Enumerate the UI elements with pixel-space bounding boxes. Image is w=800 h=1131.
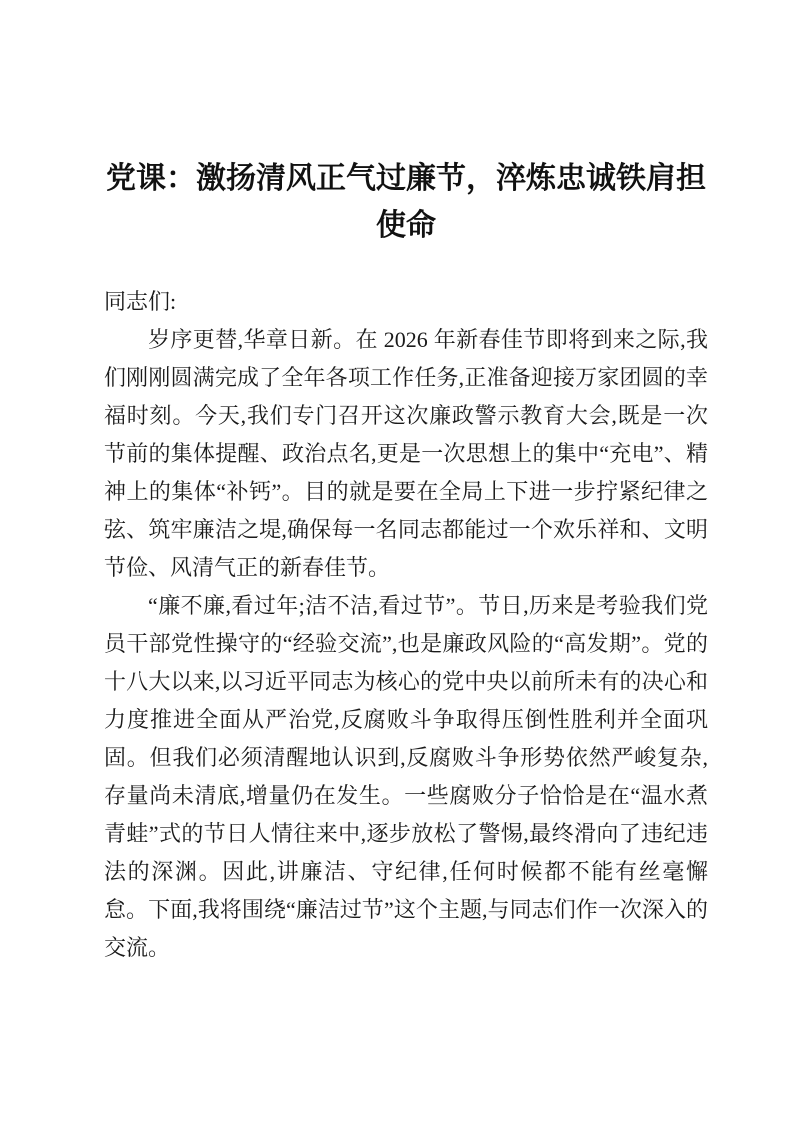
paragraph-1: 岁序更替,华章日新。在 2026 年新春佳节即将到来之际,我们刚刚圆满完成了全年… xyxy=(104,321,708,587)
document-content: 党课：激扬清风正气过廉节，淬炼忠诚铁肩担使命 同志们: 岁序更替,华章日新。在 … xyxy=(104,155,708,967)
document-title: 党课：激扬清风正气过廉节，淬炼忠诚铁肩担使命 xyxy=(104,155,708,249)
document-page: 党课：激扬清风正气过廉节，淬炼忠诚铁肩担使命 同志们: 岁序更替,华章日新。在 … xyxy=(0,0,800,1131)
salutation: 同志们: xyxy=(104,283,708,321)
paragraph-2: “廉不廉,看过年;洁不洁,看过节”。节日,历来是考验我们党员干部党性操守的“经验… xyxy=(104,587,708,967)
